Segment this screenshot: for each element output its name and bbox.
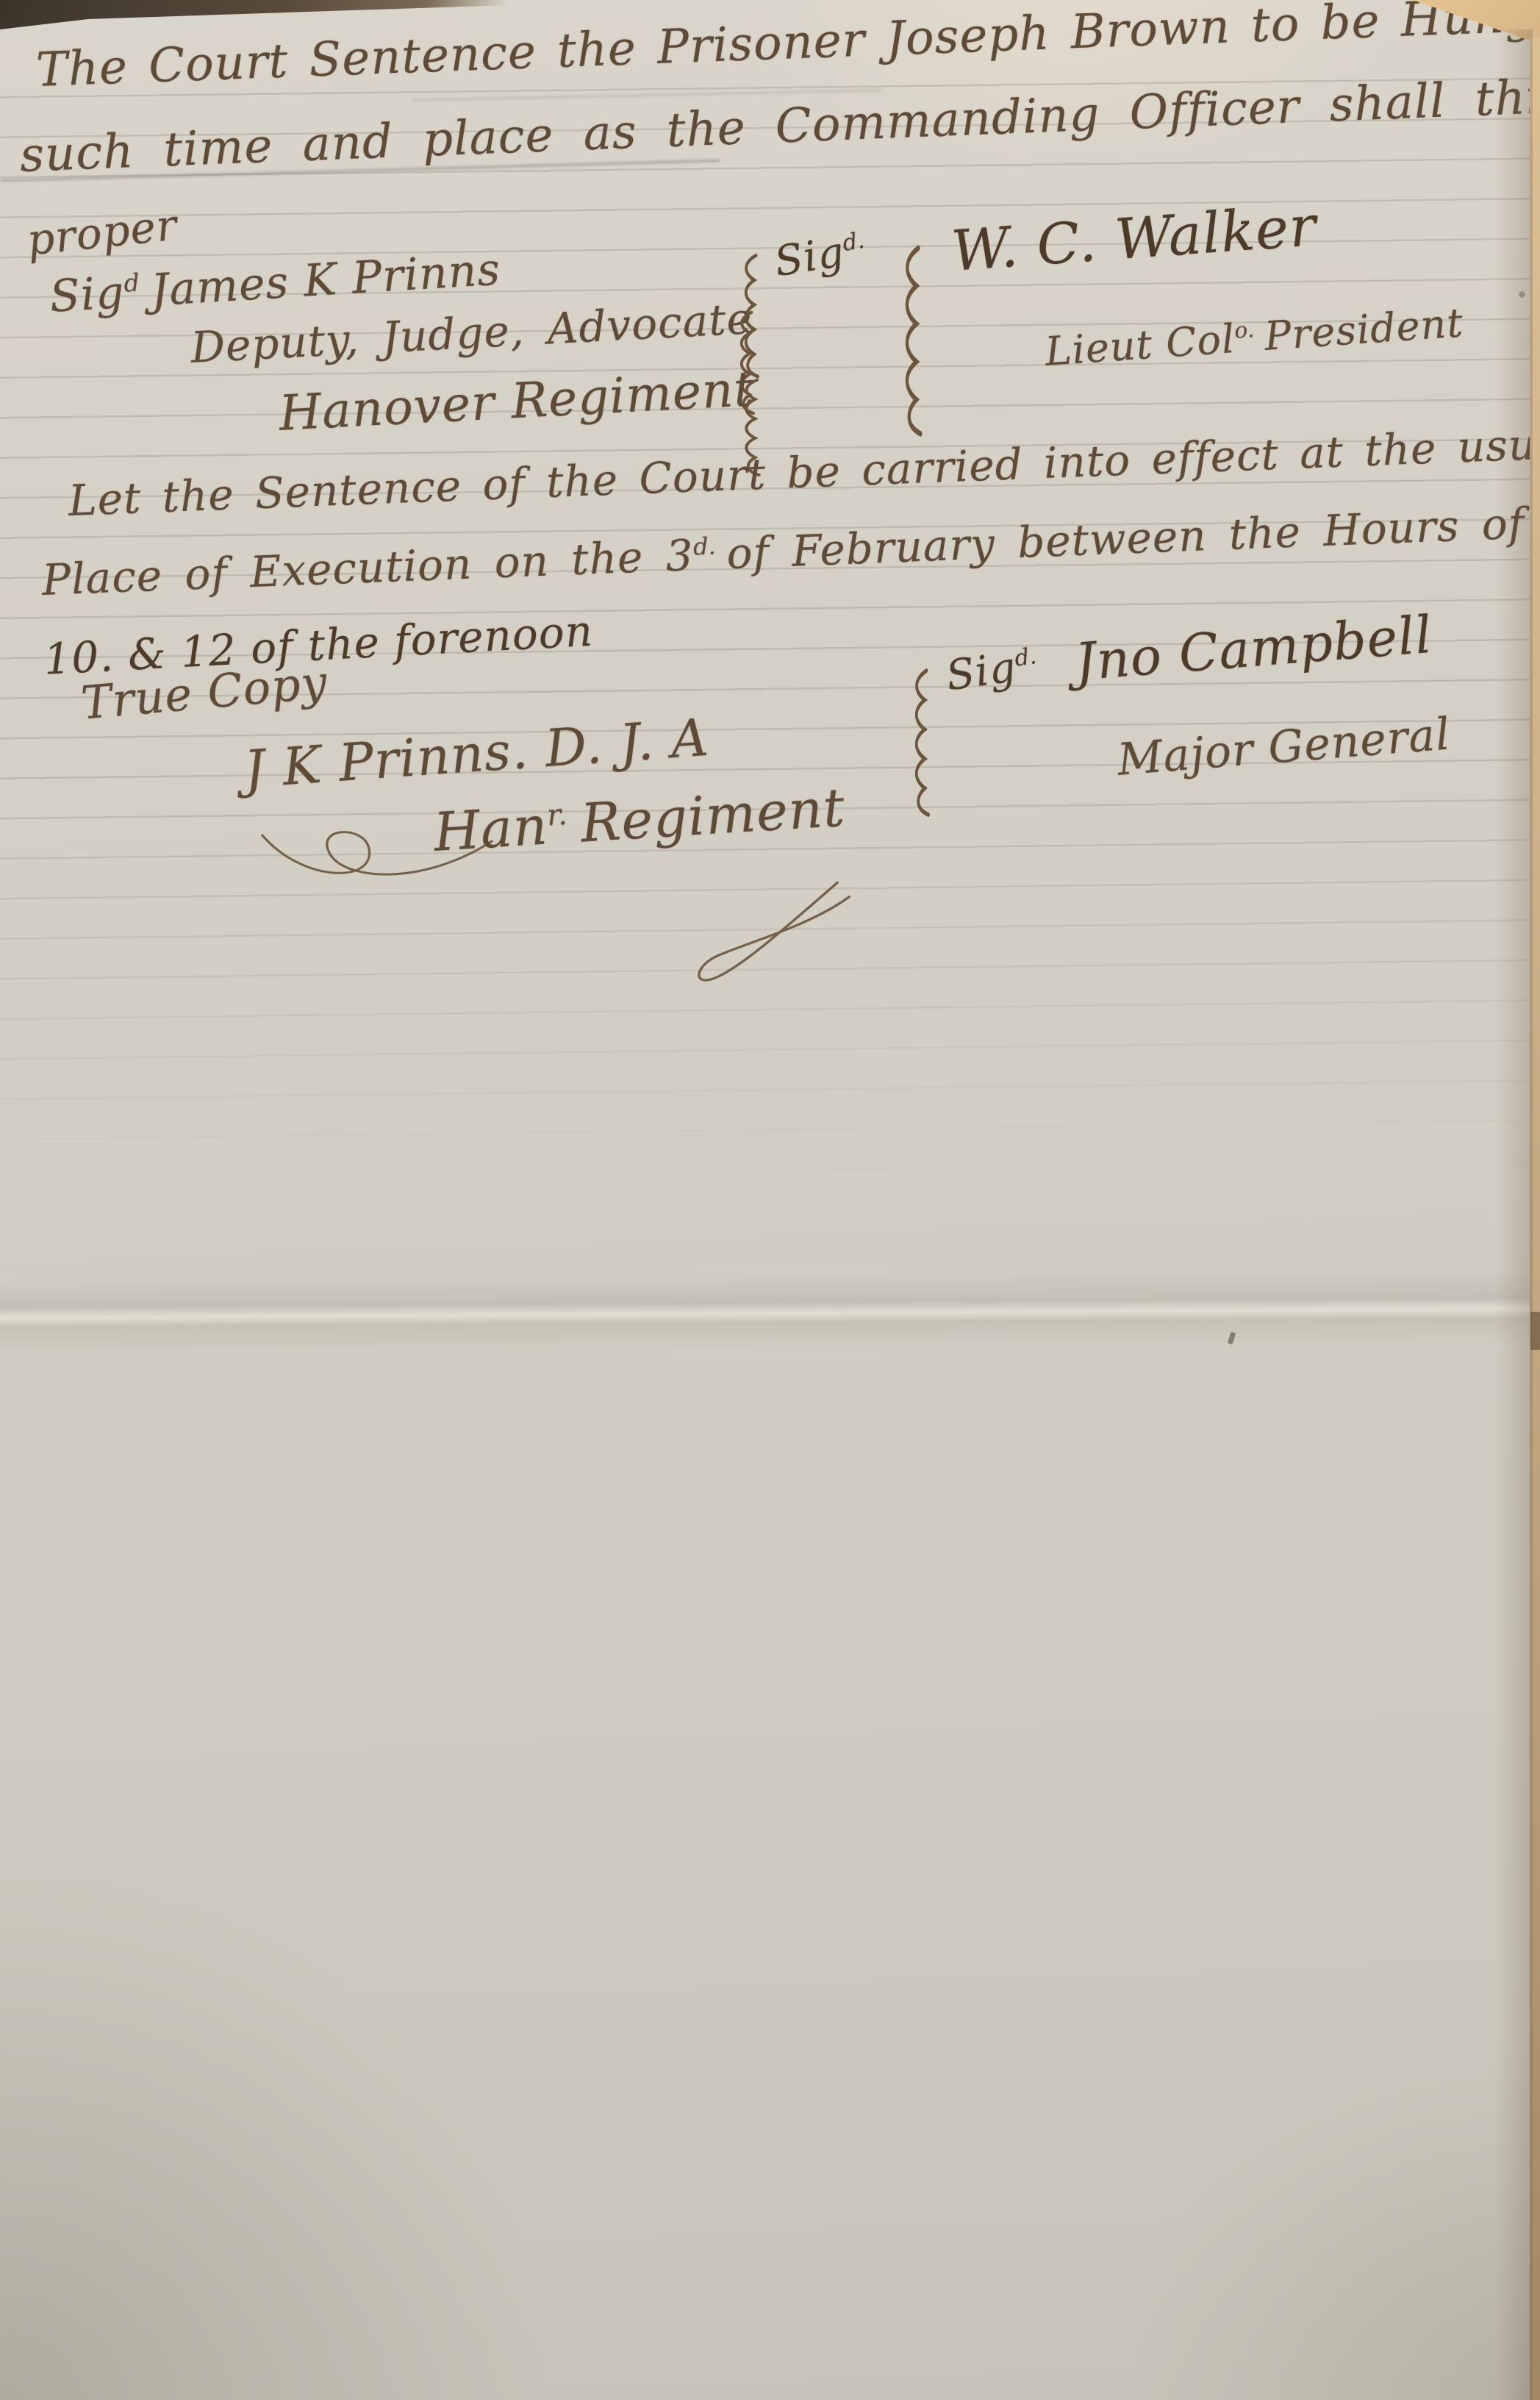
brace-squiggle-icon xyxy=(900,244,925,434)
signed-abbrev-sup: d xyxy=(123,268,140,298)
regiment-abbrev-sup: r. xyxy=(546,798,568,833)
fold-crease xyxy=(0,1269,1540,1355)
signed-abbrev-sup: d. xyxy=(1013,643,1038,672)
tail-flourish xyxy=(684,879,853,990)
signed-abbrev-sup: d. xyxy=(841,227,867,257)
paper-speck xyxy=(1519,291,1525,298)
signed-abbrev: Sig xyxy=(943,643,1019,701)
document-scan: The Court Sentence the Prisoner Joseph B… xyxy=(0,0,1540,2400)
right-edge-shadow xyxy=(1494,29,1533,2400)
edge-notch xyxy=(1530,1312,1540,1350)
date-ordinal-sup: d. xyxy=(692,532,716,560)
president-rank-sup: o. xyxy=(1233,317,1255,344)
regiment-abbrev: Han xyxy=(432,795,550,863)
brace-squiggle-icon xyxy=(910,668,932,815)
signed-abbrev: Sig xyxy=(49,267,126,323)
